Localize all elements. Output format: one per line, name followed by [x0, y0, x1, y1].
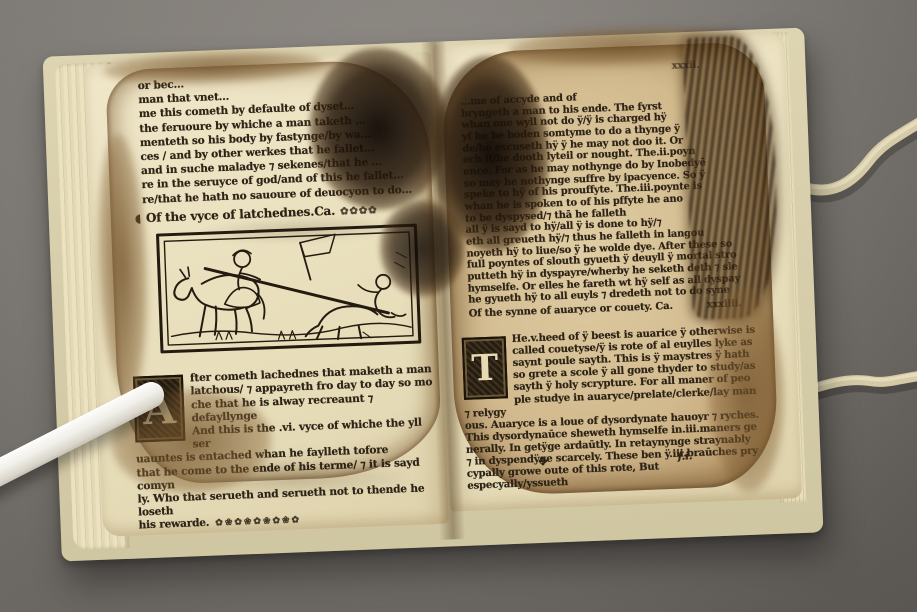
horse-legs [192, 286, 252, 337]
paraph-mark: ◖ [135, 211, 142, 225]
horse-head [174, 278, 193, 300]
decorated-initial-t: T [462, 336, 508, 400]
rider-skirt [224, 287, 260, 308]
lance [205, 262, 388, 320]
photograph-stage: or bec… man that vnet… me this cometh by… [0, 0, 917, 612]
woodcut-illustration [155, 223, 421, 355]
left-page-paragraph: After cometh lachednes that maketh a man… [132, 350, 438, 534]
printer-ornament-row: ✿❀✿❀✿❀✿❀✿ [215, 516, 301, 529]
falling-rider-head [376, 275, 391, 290]
banner-flag [300, 234, 336, 256]
printer-ornament: ✿✿✿✿ [340, 204, 378, 219]
left-page-text-block: or bec… man that vnet… me this cometh by… [138, 69, 415, 207]
fleuron-ornament: ✣ [538, 456, 547, 468]
book: or bec… man that vnet… me this cometh by… [43, 28, 824, 562]
signature-mark: f.i. [678, 450, 693, 463]
